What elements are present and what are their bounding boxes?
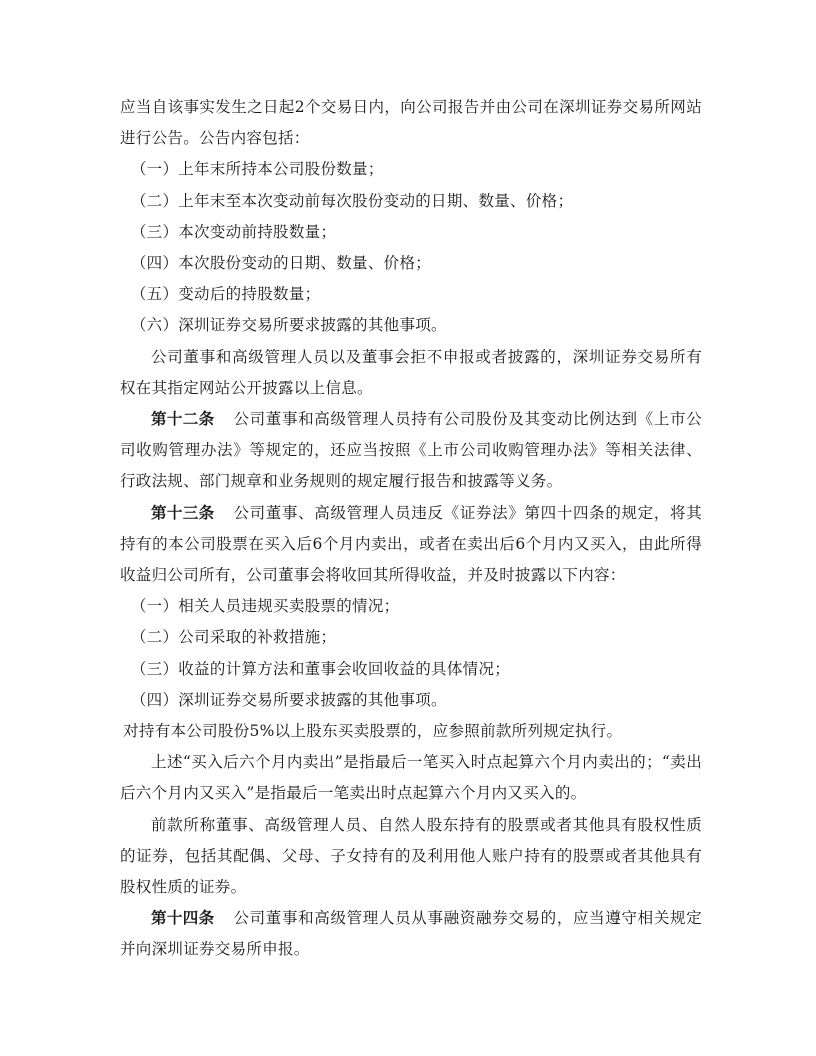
- paragraph: 对持有本公司股份5%以上股东买卖股票的，应参照前款所列规定执行。: [120, 716, 702, 747]
- list-item: （四）本次股份变动的日期、数量、价格；: [120, 248, 702, 279]
- article-13: 第十三条公司董事、高级管理人员违反《证券法》第四十四条的规定，将其持有的本公司股…: [120, 498, 702, 592]
- article-14: 第十四条公司董事和高级管理人员从事融资融券交易的，应当遵守相关规定并向深圳证券交…: [120, 903, 702, 965]
- article-heading: 第十三条: [151, 504, 214, 522]
- paragraph: 公司董事和高级管理人员以及董事会拒不申报或者披露的，深圳证券交易所有权在其指定网…: [120, 342, 702, 404]
- article-heading: 第十四条: [151, 909, 214, 927]
- article-12: 第十二条公司董事和高级管理人员持有公司股份及其变动比例达到《上市公司收购管理办法…: [120, 404, 702, 498]
- list-item: （二）公司采取的补救措施；: [120, 622, 702, 653]
- list-item: （三）本次变动前持股数量；: [120, 217, 702, 248]
- list-item: （六）深圳证券交易所要求披露的其他事项。: [120, 310, 702, 341]
- document-page: 应当自该事实发生之日起2个交易日内，向公司报告并由公司在深圳证券交易所网站进行公…: [120, 92, 702, 966]
- paragraph: 前款所称董事、高级管理人员、自然人股东持有的股票或者其他具有股权性质的证券，包括…: [120, 810, 702, 904]
- list-item: （三）收益的计算方法和董事会收回收益的具体情况；: [120, 654, 702, 685]
- list-item: （一）上年末所持本公司股份数量；: [120, 154, 702, 185]
- article-heading: 第十二条: [151, 410, 214, 428]
- list-item: （一）相关人员违规买卖股票的情况；: [120, 591, 702, 622]
- list-item: （二）上年末至本次变动前每次股份变动的日期、数量、价格；: [120, 186, 702, 217]
- paragraph: 上述“买入后六个月内卖出”是指最后一笔买入时点起算六个月内卖出的；“卖出后六个月…: [120, 747, 702, 809]
- list-item: （五）变动后的持股数量；: [120, 279, 702, 310]
- paragraph-continuation: 应当自该事实发生之日起2个交易日内，向公司报告并由公司在深圳证券交易所网站进行公…: [120, 92, 702, 154]
- list-item: （四）深圳证券交易所要求披露的其他事项。: [120, 685, 702, 716]
